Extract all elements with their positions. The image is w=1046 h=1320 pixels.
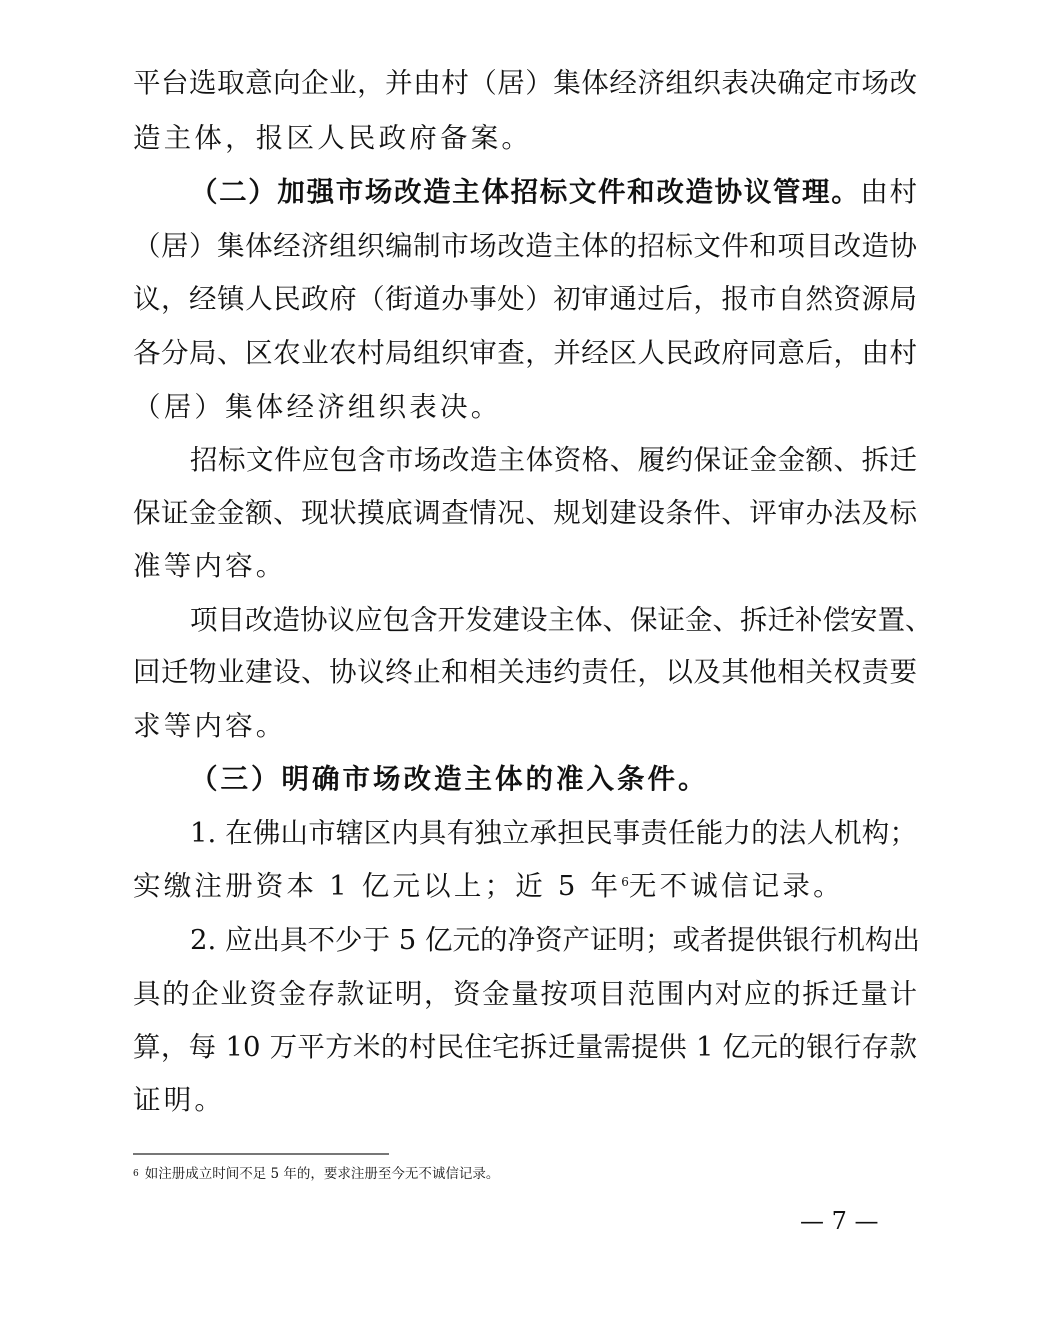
section-heading-3: （三）明确市场改造主体的准入条件。: [190, 762, 917, 796]
list-item-2-line: 2. 应出具不少于 5 亿元的净资产证明；或者提供银行机构出: [190, 923, 917, 957]
paragraph-line: （居）集体经济组织表决。: [133, 390, 917, 424]
section-heading-2: （二）加强市场改造主体招标文件和改造协议管理。由村: [190, 175, 917, 209]
paragraph-line: 招标文件应包含市场改造主体资格、履约保证金金额、拆迁: [190, 443, 917, 477]
paragraph-line: 议，经镇人民政府（街道办事处）初审通过后，报市自然资源局: [133, 282, 917, 316]
paragraph-text: 无不诚信记录。: [629, 870, 844, 902]
paragraph-line: （居）集体经济组织编制市场改造主体的招标文件和项目改造协: [133, 229, 917, 263]
document-page: 平台选取意向企业，并由村（居）集体经济组织表决确定市场改 造主体，报区人民政府备…: [0, 0, 1046, 1320]
list-item-1-line: 实缴注册资本 1 亿元以上；近 5 年6无不诚信记录。: [133, 869, 917, 903]
paragraph-line: 项目改造协议应包含开发建设主体、保证金、拆迁补偿安置、: [190, 603, 917, 637]
footnote-marker: 6: [133, 1169, 139, 1179]
section-heading-text: （二）加强市场改造主体招标文件和改造协议管理。: [190, 176, 860, 208]
paragraph-text: 实缴注册资本 1 亿元以上；近 5 年: [133, 870, 621, 902]
paragraph-line: 造主体，报区人民政府备案。: [133, 121, 917, 155]
footnote-divider: [133, 1153, 389, 1155]
paragraph-line: 准等内容。: [133, 549, 917, 583]
list-item-2-line: 算，每 10 万平方米的村民住宅拆迁量需提供 1 亿元的银行存款: [133, 1030, 917, 1064]
list-item-2-line: 证明。: [133, 1083, 917, 1117]
paragraph-line: 回迁物业建设、协议终止和相关违约责任，以及其他相关权责要: [133, 655, 917, 689]
paragraph-line: 平台选取意向企业，并由村（居）集体经济组织表决确定市场改: [133, 66, 917, 100]
footnote-text: 如注册成立时间不足 5 年的，要求注册至今无不诚信记录。: [145, 1166, 500, 1182]
list-item-2-line: 具的企业资金存款证明，资金量按项目范围内对应的拆迁量计: [133, 977, 917, 1011]
paragraph-line: 求等内容。: [133, 709, 917, 743]
paragraph-text: 由村: [860, 176, 917, 208]
footnote-reference[interactable]: 6: [621, 875, 629, 889]
list-item-1-line: 1. 在佛山市辖区内具有独立承担民事责任能力的法人机构；: [190, 816, 917, 850]
footnote: 6如注册成立时间不足 5 年的，要求注册至今无不诚信记录。: [133, 1165, 499, 1183]
paragraph-line: 各分局、区农业农村局组织审查，并经区人民政府同意后，由村: [133, 336, 917, 370]
page-number: — 7 —: [800, 1206, 879, 1236]
paragraph-line: 保证金金额、现状摸底调查情况、规划建设条件、评审办法及标: [133, 496, 917, 530]
